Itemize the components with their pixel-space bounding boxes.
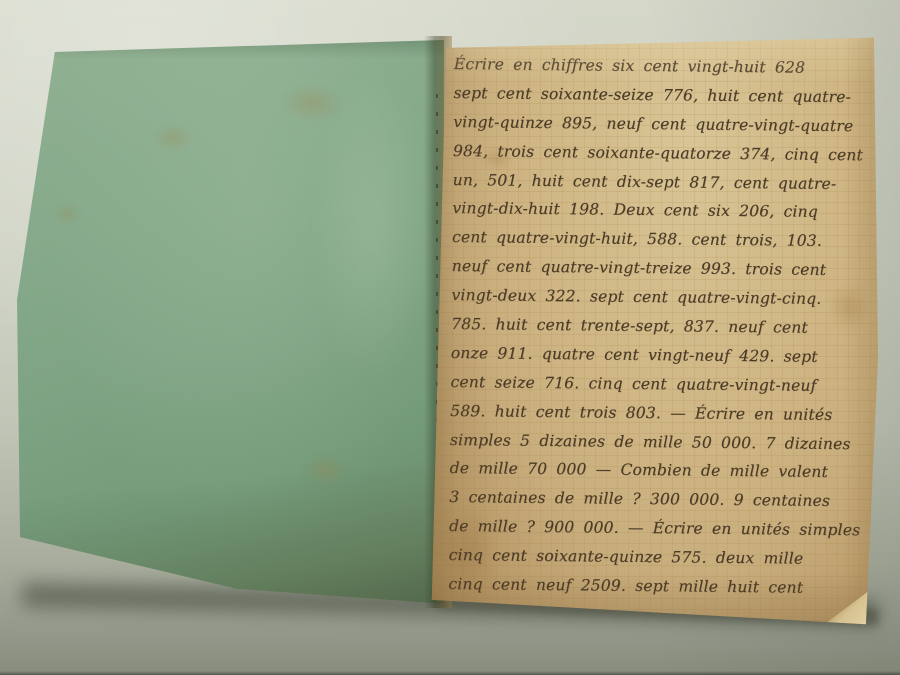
- handwritten-line: cent seize 716. cinq cent quatre-vingt-n…: [450, 368, 874, 401]
- cover-stain: [54, 204, 80, 224]
- photo-bottom-edge: [0, 671, 900, 675]
- notebook-photo: Écrire en chiffres six cent vingt-huit 6…: [0, 0, 900, 675]
- handwritten-line: sept cent soixante-seize 776, huit cent …: [453, 79, 877, 112]
- handwritten-line: cent quatre-vingt-huit, 588. cent trois,…: [452, 223, 876, 256]
- handwritten-line: de mille ? 900 000. — Écrire en unités s…: [449, 512, 873, 545]
- handwritten-line: cinq cent soixante-quinze 575. deux mill…: [449, 541, 873, 574]
- handwritten-line: simples 5 dizaines de mille 50 000. 7 di…: [450, 426, 874, 459]
- handwritten-line: cinq cent neuf 2509. sept mille huit cen…: [448, 570, 872, 603]
- cover-stain: [280, 84, 344, 122]
- handwritten-line: un, 501, huit cent dix-sept 817, cent qu…: [452, 166, 876, 199]
- handwritten-line: vingt-dix-huit 198. Deux cent six 206, c…: [452, 194, 876, 227]
- handwritten-line: onze 911. quatre cent vingt-neuf 429. se…: [451, 339, 875, 372]
- handwritten-line: Écrire en chiffres six cent vingt-huit 6…: [454, 50, 878, 83]
- handwritten-line: vingt-deux 322. sept cent quatre-vingt-c…: [451, 281, 875, 314]
- cover-folded-corner: [14, 36, 444, 606]
- handwritten-line: vingt-quinze 895, neuf cent quatre-vingt…: [453, 108, 877, 141]
- handwritten-line: de mille 70 000 — Combien de mille valen…: [449, 454, 873, 487]
- handwritten-page: Écrire en chiffres six cent vingt-huit 6…: [430, 36, 878, 632]
- notebook-cover: [14, 36, 444, 606]
- cover-stain: [152, 124, 194, 152]
- handwritten-line: neuf cent quatre-vingt-treize 993. trois…: [452, 252, 876, 285]
- cover-stain: [302, 454, 348, 486]
- handwriting-block: Écrire en chiffres six cent vingt-huit 6…: [448, 50, 878, 603]
- handwritten-line: 589. huit cent trois 803. — Écrire en un…: [450, 397, 874, 430]
- cover-sheen: [310, 64, 436, 384]
- handwritten-line: 3 centaines de mille ? 300 000. 9 centai…: [449, 483, 873, 516]
- handwritten-line: 984, trois cent soixante-quatorze 374, c…: [453, 137, 877, 170]
- handwritten-line: 785. huit cent trente-sept, 837. neuf ce…: [451, 310, 875, 343]
